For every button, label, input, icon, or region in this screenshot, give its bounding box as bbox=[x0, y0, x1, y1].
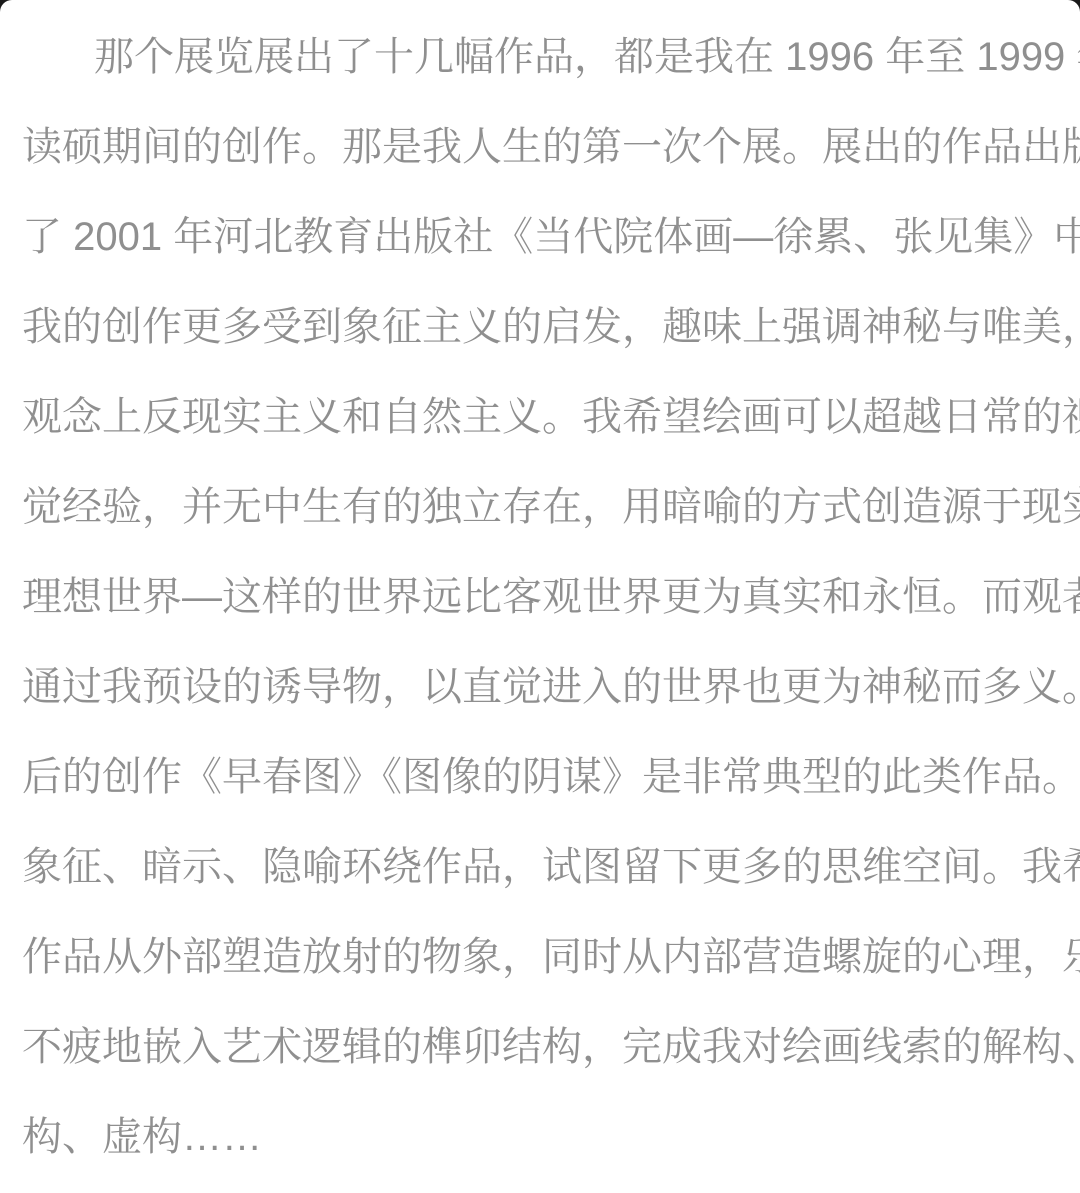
paragraph-line: 不疲地嵌入艺术逻辑的榫卯结构，完成我对绘画线索的解构、重 bbox=[22, 1002, 1058, 1092]
paragraph-line: 我的创作更多受到象征主义的启发，趣味上强调神秘与唯美，在 bbox=[22, 282, 1058, 372]
paragraph-line: 读硕期间的创作。那是我人生的第一次个展。展出的作品出版在 bbox=[22, 102, 1058, 192]
paragraph-line: 那个展览展出了十几幅作品，都是我在 1996 年至 1999 年 bbox=[22, 12, 1058, 102]
paragraph-line: 通过我预设的诱导物，以直觉进入的世界也更为神秘而多义。之 bbox=[22, 642, 1058, 732]
paragraph-line: 理想世界—这样的世界远比客观世界更为真实和永恒。而观者 bbox=[22, 552, 1058, 642]
article-page: 那个展览展出了十几幅作品，都是我在 1996 年至 1999 年 读硕期间的创作… bbox=[0, 0, 1080, 1193]
paragraph-line: 观念上反现实主义和自然主义。我希望绘画可以超越日常的视 bbox=[22, 372, 1058, 462]
paragraph-line: 了 2001 年河北教育出版社《当代院体画—徐累、张见集》中。 bbox=[22, 192, 1058, 282]
article-paragraph: 那个展览展出了十几幅作品，都是我在 1996 年至 1999 年 读硕期间的创作… bbox=[22, 12, 1058, 1182]
paragraph-line: 觉经验，并无中生有的独立存在，用暗喻的方式创造源于现实的 bbox=[22, 462, 1058, 552]
paragraph-line: 象征、暗示、隐喻环绕作品，试图留下更多的思维空间。我希望 bbox=[22, 822, 1058, 912]
paragraph-line: 作品从外部塑造放射的物象，同时从内部营造螺旋的心理，乐此 bbox=[22, 912, 1058, 1002]
paragraph-line: 构、虚构…… bbox=[22, 1092, 1058, 1182]
paragraph-line: 后的创作《早春图》《图像的阴谋》是非常典型的此类作品。以 bbox=[22, 732, 1058, 822]
